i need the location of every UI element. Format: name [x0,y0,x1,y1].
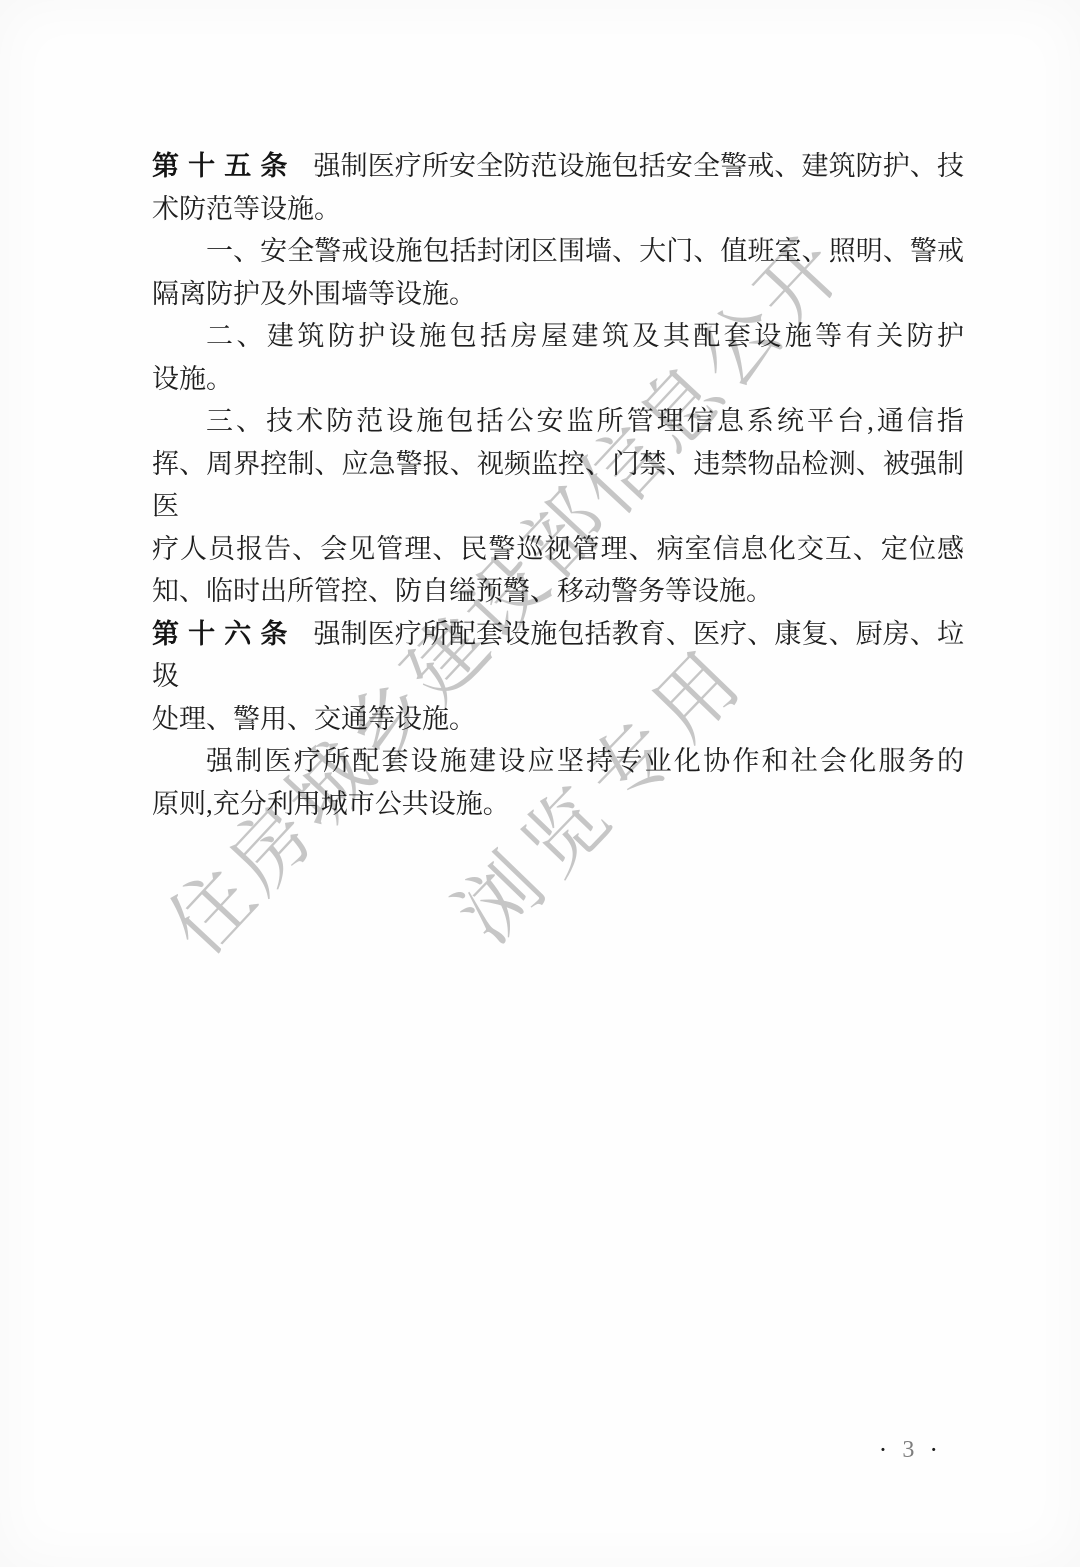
text-line: 第十五条强制医疗所安全防范设施包括安全警戒、建筑防护、技 [152,145,964,188]
paragraph-text: 挥、周界控制、应急警报、视频监控、门禁、违禁物品检测、被强制医 [152,449,964,522]
paragraph-text: 知、临时出所管控、防自缢预警、移动警务等设施。 [152,576,773,606]
text-line: 三、技术防范设施包括公安监所管理信息系统平台,通信指 [152,400,964,443]
article-number-label: 第十五条 [152,151,296,181]
text-line: 设施。 [152,358,964,401]
page-number: 3 [902,1438,914,1462]
paragraph-text: 一、安全警戒设施包括封闭区围墙、大门、值班室、照明、警戒 [206,236,964,266]
text-line: 原则,充分利用城市公共设施。 [152,783,964,826]
paragraph-text: 疗人员报告、会见管理、民警巡视管理、病室信息化交互、定位感 [152,534,964,564]
footer-dot-right: · [929,1437,938,1463]
paragraph-text: 三、技术防范设施包括公安监所管理信息系统平台,通信指 [206,406,964,436]
page-footer: · 3 · [879,1437,938,1463]
text-line: 处理、警用、交通等设施。 [152,698,964,741]
text-line: 隔离防护及外围墙等设施。 [152,273,964,316]
text-line: 知、临时出所管控、防自缢预警、移动警务等设施。 [152,570,964,613]
text-line: 强制医疗所配套设施建设应坚持专业化协作和社会化服务的 [152,740,964,783]
paragraph-text: 强制医疗所配套设施建设应坚持专业化协作和社会化服务的 [206,746,964,776]
document-body: 第十五条强制医疗所安全防范设施包括安全警戒、建筑防护、技 术防范等设施。 一、安… [152,145,964,825]
text-line: 一、安全警戒设施包括封闭区围墙、大门、值班室、照明、警戒 [152,230,964,273]
text-line: 疗人员报告、会见管理、民警巡视管理、病室信息化交互、定位感 [152,528,964,571]
paragraph-text: 设施。 [152,364,233,394]
text-line: 术防范等设施。 [152,188,964,231]
paragraph-text: 原则,充分利用城市公共设施。 [152,789,510,819]
paragraph-text: 处理、警用、交通等设施。 [152,704,476,734]
paragraph-text: 隔离防护及外围墙等设施。 [152,279,476,309]
paragraph-text: 二、建筑防护设施包括房屋建筑及其配套设施等有关防护 [206,321,964,351]
article-number-label: 第十六条 [152,619,296,649]
text-line: 第十六条强制医疗所配套设施包括教育、医疗、康复、厨房、垃圾 [152,613,964,698]
paragraph-text: 术防范等设施。 [152,194,341,224]
text-line: 二、建筑防护设施包括房屋建筑及其配套设施等有关防护 [152,315,964,358]
document-page: 住房城乡建设部信息公开 浏览专用 第十五条强制医疗所安全防范设施包括安全警戒、建… [0,0,1080,1567]
footer-dot-left: · [879,1437,888,1463]
text-line: 挥、周界控制、应急警报、视频监控、门禁、违禁物品检测、被强制医 [152,443,964,528]
paragraph-text: 强制医疗所安全防范设施包括安全警戒、建筑防护、技 [313,151,964,181]
